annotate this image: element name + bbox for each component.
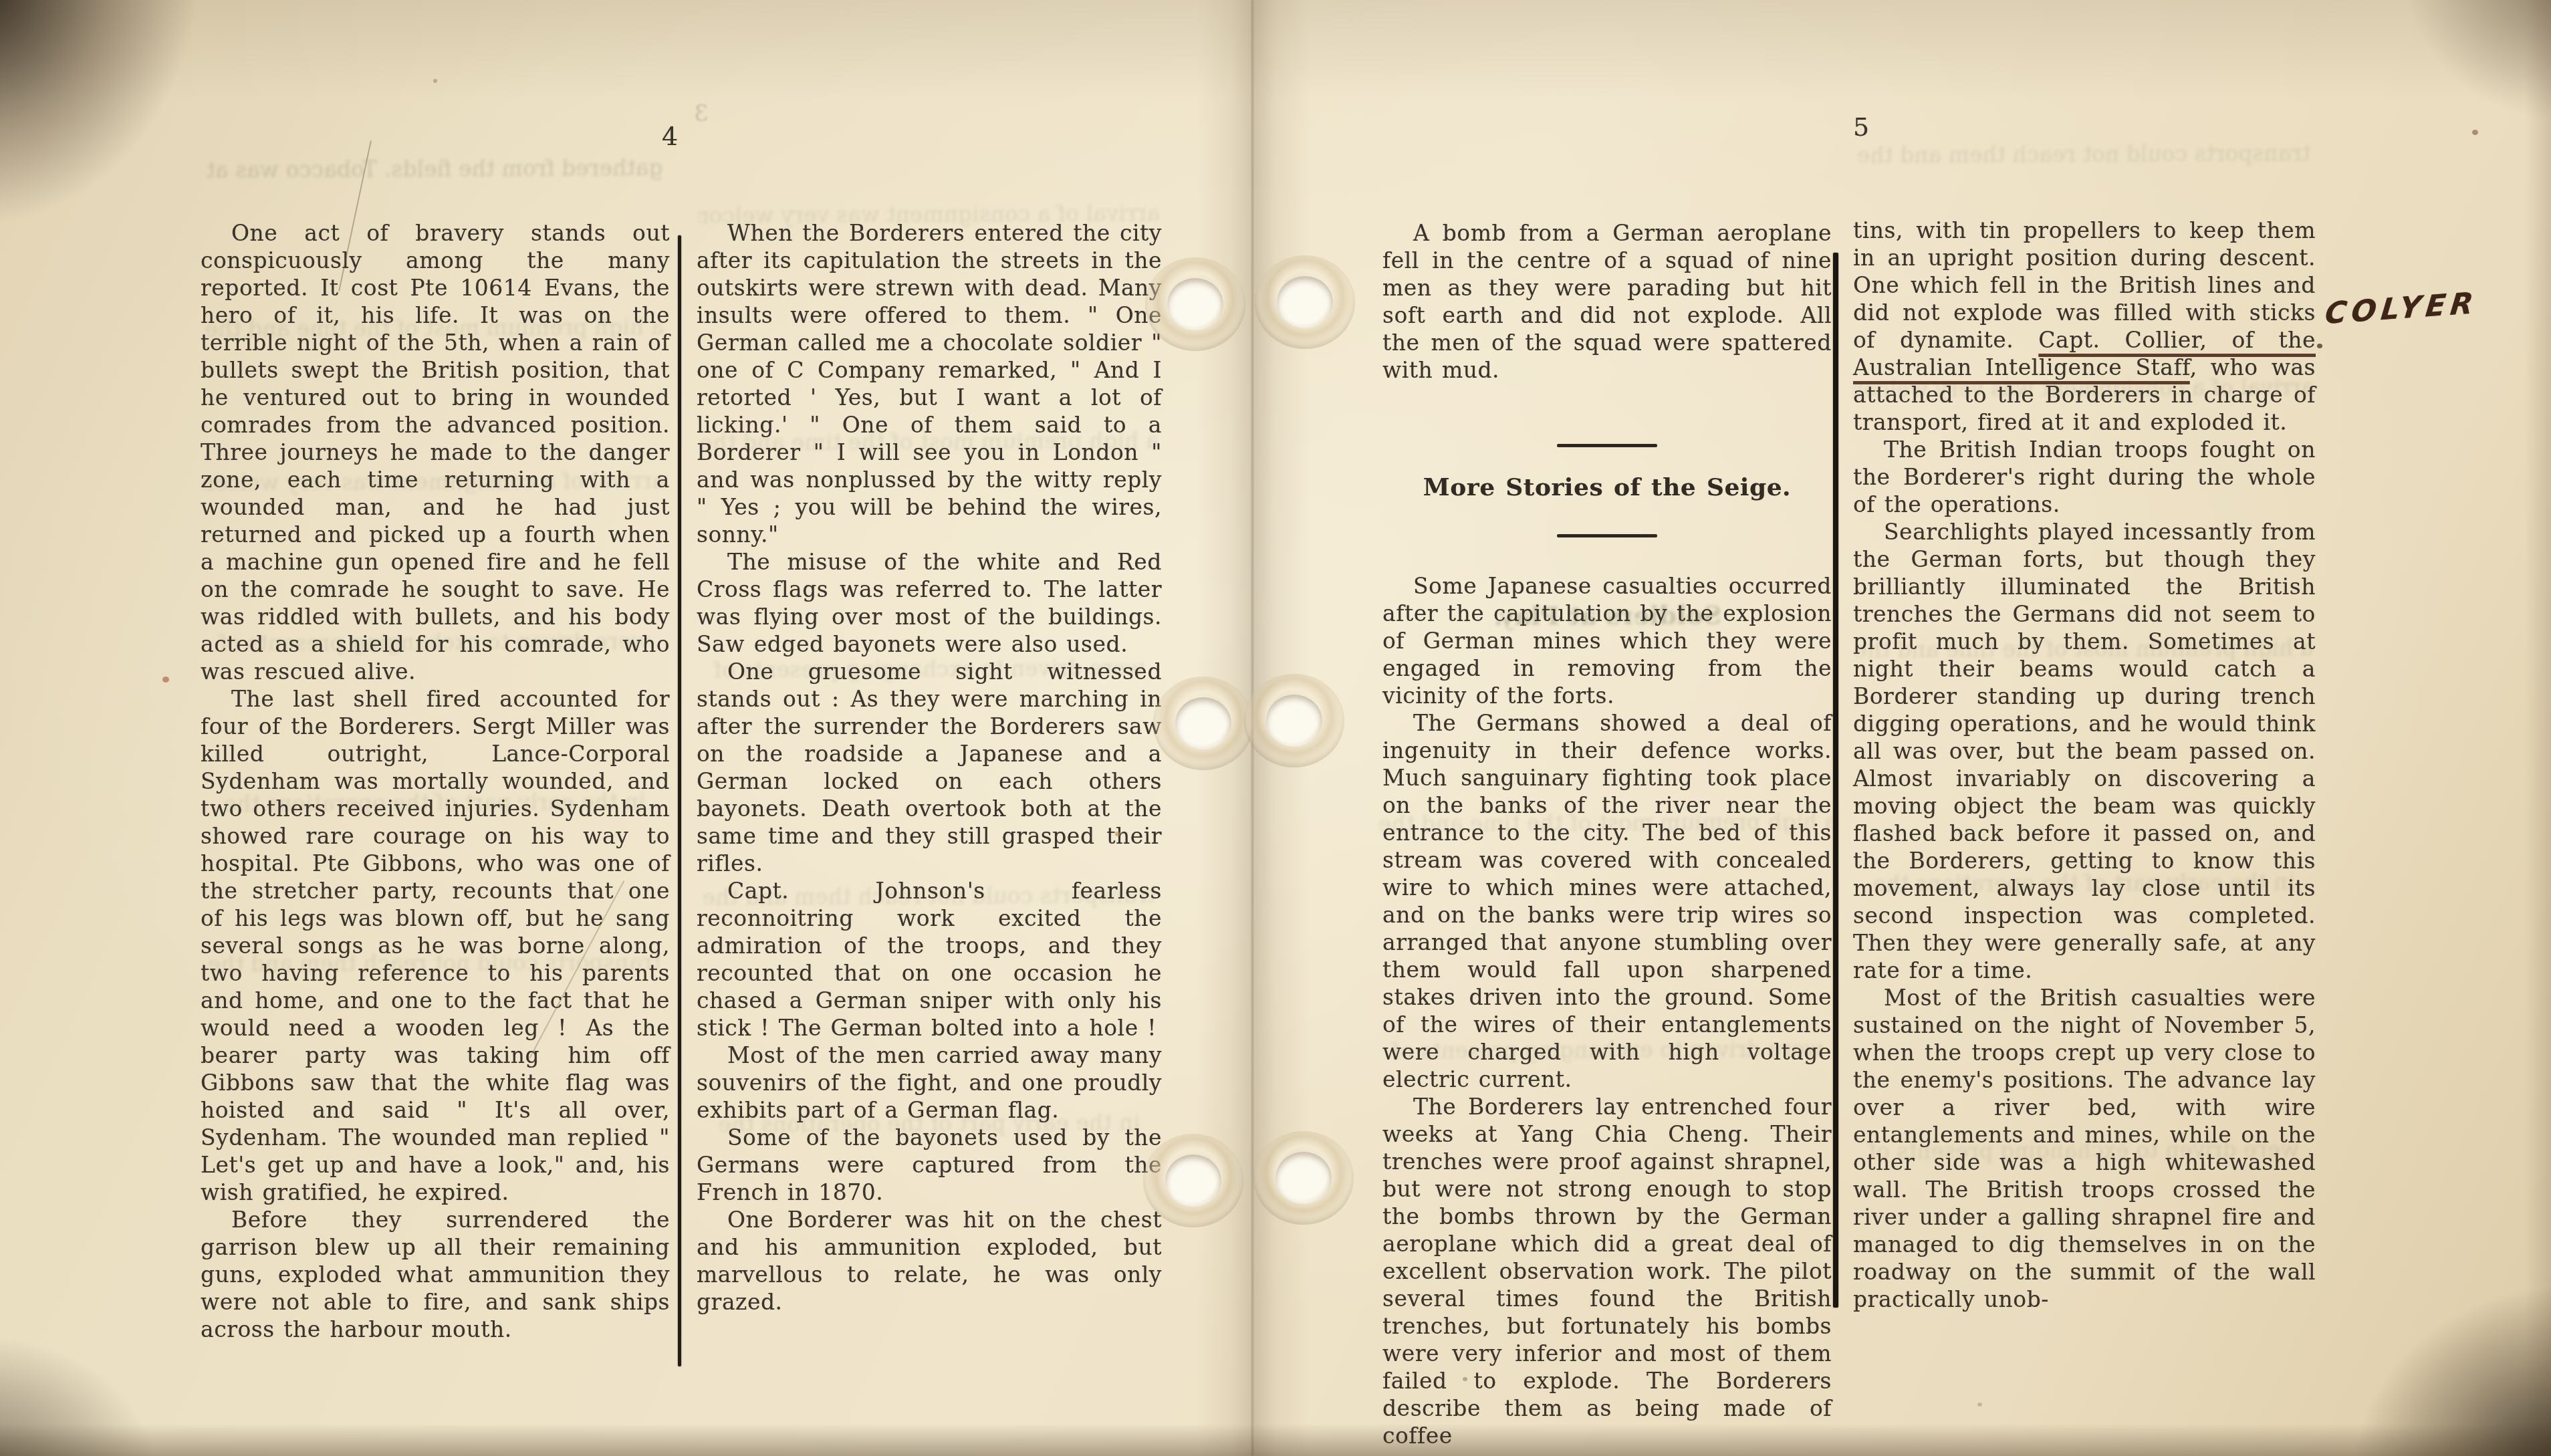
paragraph: Some Japanese casualties occurred after … <box>1382 572 1832 709</box>
ghost-text: gathered from the fields. Tobacco was at <box>204 154 665 185</box>
page-corner-shadow <box>2350 1282 2551 1456</box>
paragraph: One act of bravery stands out conspicuou… <box>201 219 670 685</box>
paragraph: One Borderer was hit on the chest and hi… <box>697 1206 1162 1316</box>
page-corner-shadow <box>0 0 201 227</box>
scanned-newsletter-spread: gathered from the fields. Tobacco was at… <box>0 0 2551 1456</box>
page4-column2: When the Borderers entered the city afte… <box>697 219 1162 1316</box>
punch-hole <box>1175 697 1231 749</box>
section-divider <box>1557 534 1657 537</box>
paragraph: Most of the men carried away many souven… <box>697 1042 1162 1124</box>
paragraph: The Borderers lay entrenched four weeks … <box>1382 1093 1832 1449</box>
page4-column1: One act of bravery stands out conspicuou… <box>201 219 670 1343</box>
paragraph: When the Borderers entered the city afte… <box>697 219 1162 548</box>
column-rule <box>1833 253 1838 1308</box>
foxing-speck <box>162 677 169 683</box>
paragraph: A bomb from a German aeroplane fell in t… <box>1382 219 1832 384</box>
paragraph: The last shell fired accounted for four … <box>201 685 670 1206</box>
page-number-left: 4 <box>662 122 678 151</box>
ink-dot <box>2317 344 2322 348</box>
paragraph: One gruesome sight witnessed stands out … <box>697 658 1162 877</box>
ghost-page-number: 3 <box>694 100 709 127</box>
foxing-speck <box>433 79 437 83</box>
ghost-text: transports could not reach them and the <box>1853 139 2314 170</box>
page5-column4: tins, with tin propellers to keep them i… <box>1853 217 2316 1313</box>
punch-hole <box>1167 278 1223 330</box>
punch-hole <box>1275 1152 1332 1204</box>
foxing-speck <box>1463 1377 1467 1381</box>
section-heading: More Stories of the Seige. <box>1382 473 1832 502</box>
paragraph-with-ink-underline: tins, with tin propellers to keep them i… <box>1853 217 2316 436</box>
section-divider <box>1557 444 1657 447</box>
paragraph: The Germans showed a deal of ingenuity i… <box>1382 709 1832 1093</box>
punch-hole <box>1266 695 1322 747</box>
punch-hole <box>1165 1155 1221 1207</box>
paragraph: Capt. Johnson's fearless reconnoitring w… <box>697 877 1162 1042</box>
page-corner-shadow <box>2391 0 2551 134</box>
paragraph: Most of the British casualties were sust… <box>1853 984 2316 1313</box>
paragraph: Before they surrendered the garrison ble… <box>201 1206 670 1343</box>
paragraph: The British Indian troops fought on the … <box>1853 436 2316 518</box>
page5-column3: A bomb from a German aeroplane fell in t… <box>1382 219 1832 1449</box>
paragraph: Some of the bayonets used by the Germans… <box>697 1124 1162 1206</box>
paragraph: Searchlights played incessantly from the… <box>1853 518 2316 984</box>
paragraph: The misuse of the white and Red Cross fl… <box>697 548 1162 658</box>
page-edge-shadow <box>2524 0 2551 1456</box>
page-corner-shadow <box>0 1322 174 1456</box>
column-rule <box>678 235 681 1366</box>
punch-hole <box>1277 276 1333 328</box>
foxing-speck <box>2472 130 2478 135</box>
foxing-speck <box>1115 832 1120 836</box>
page-number-right: 5 <box>1853 112 1869 142</box>
foxing-speck <box>1977 1403 1982 1407</box>
handwritten-annotation: COLYER <box>2324 286 2480 331</box>
